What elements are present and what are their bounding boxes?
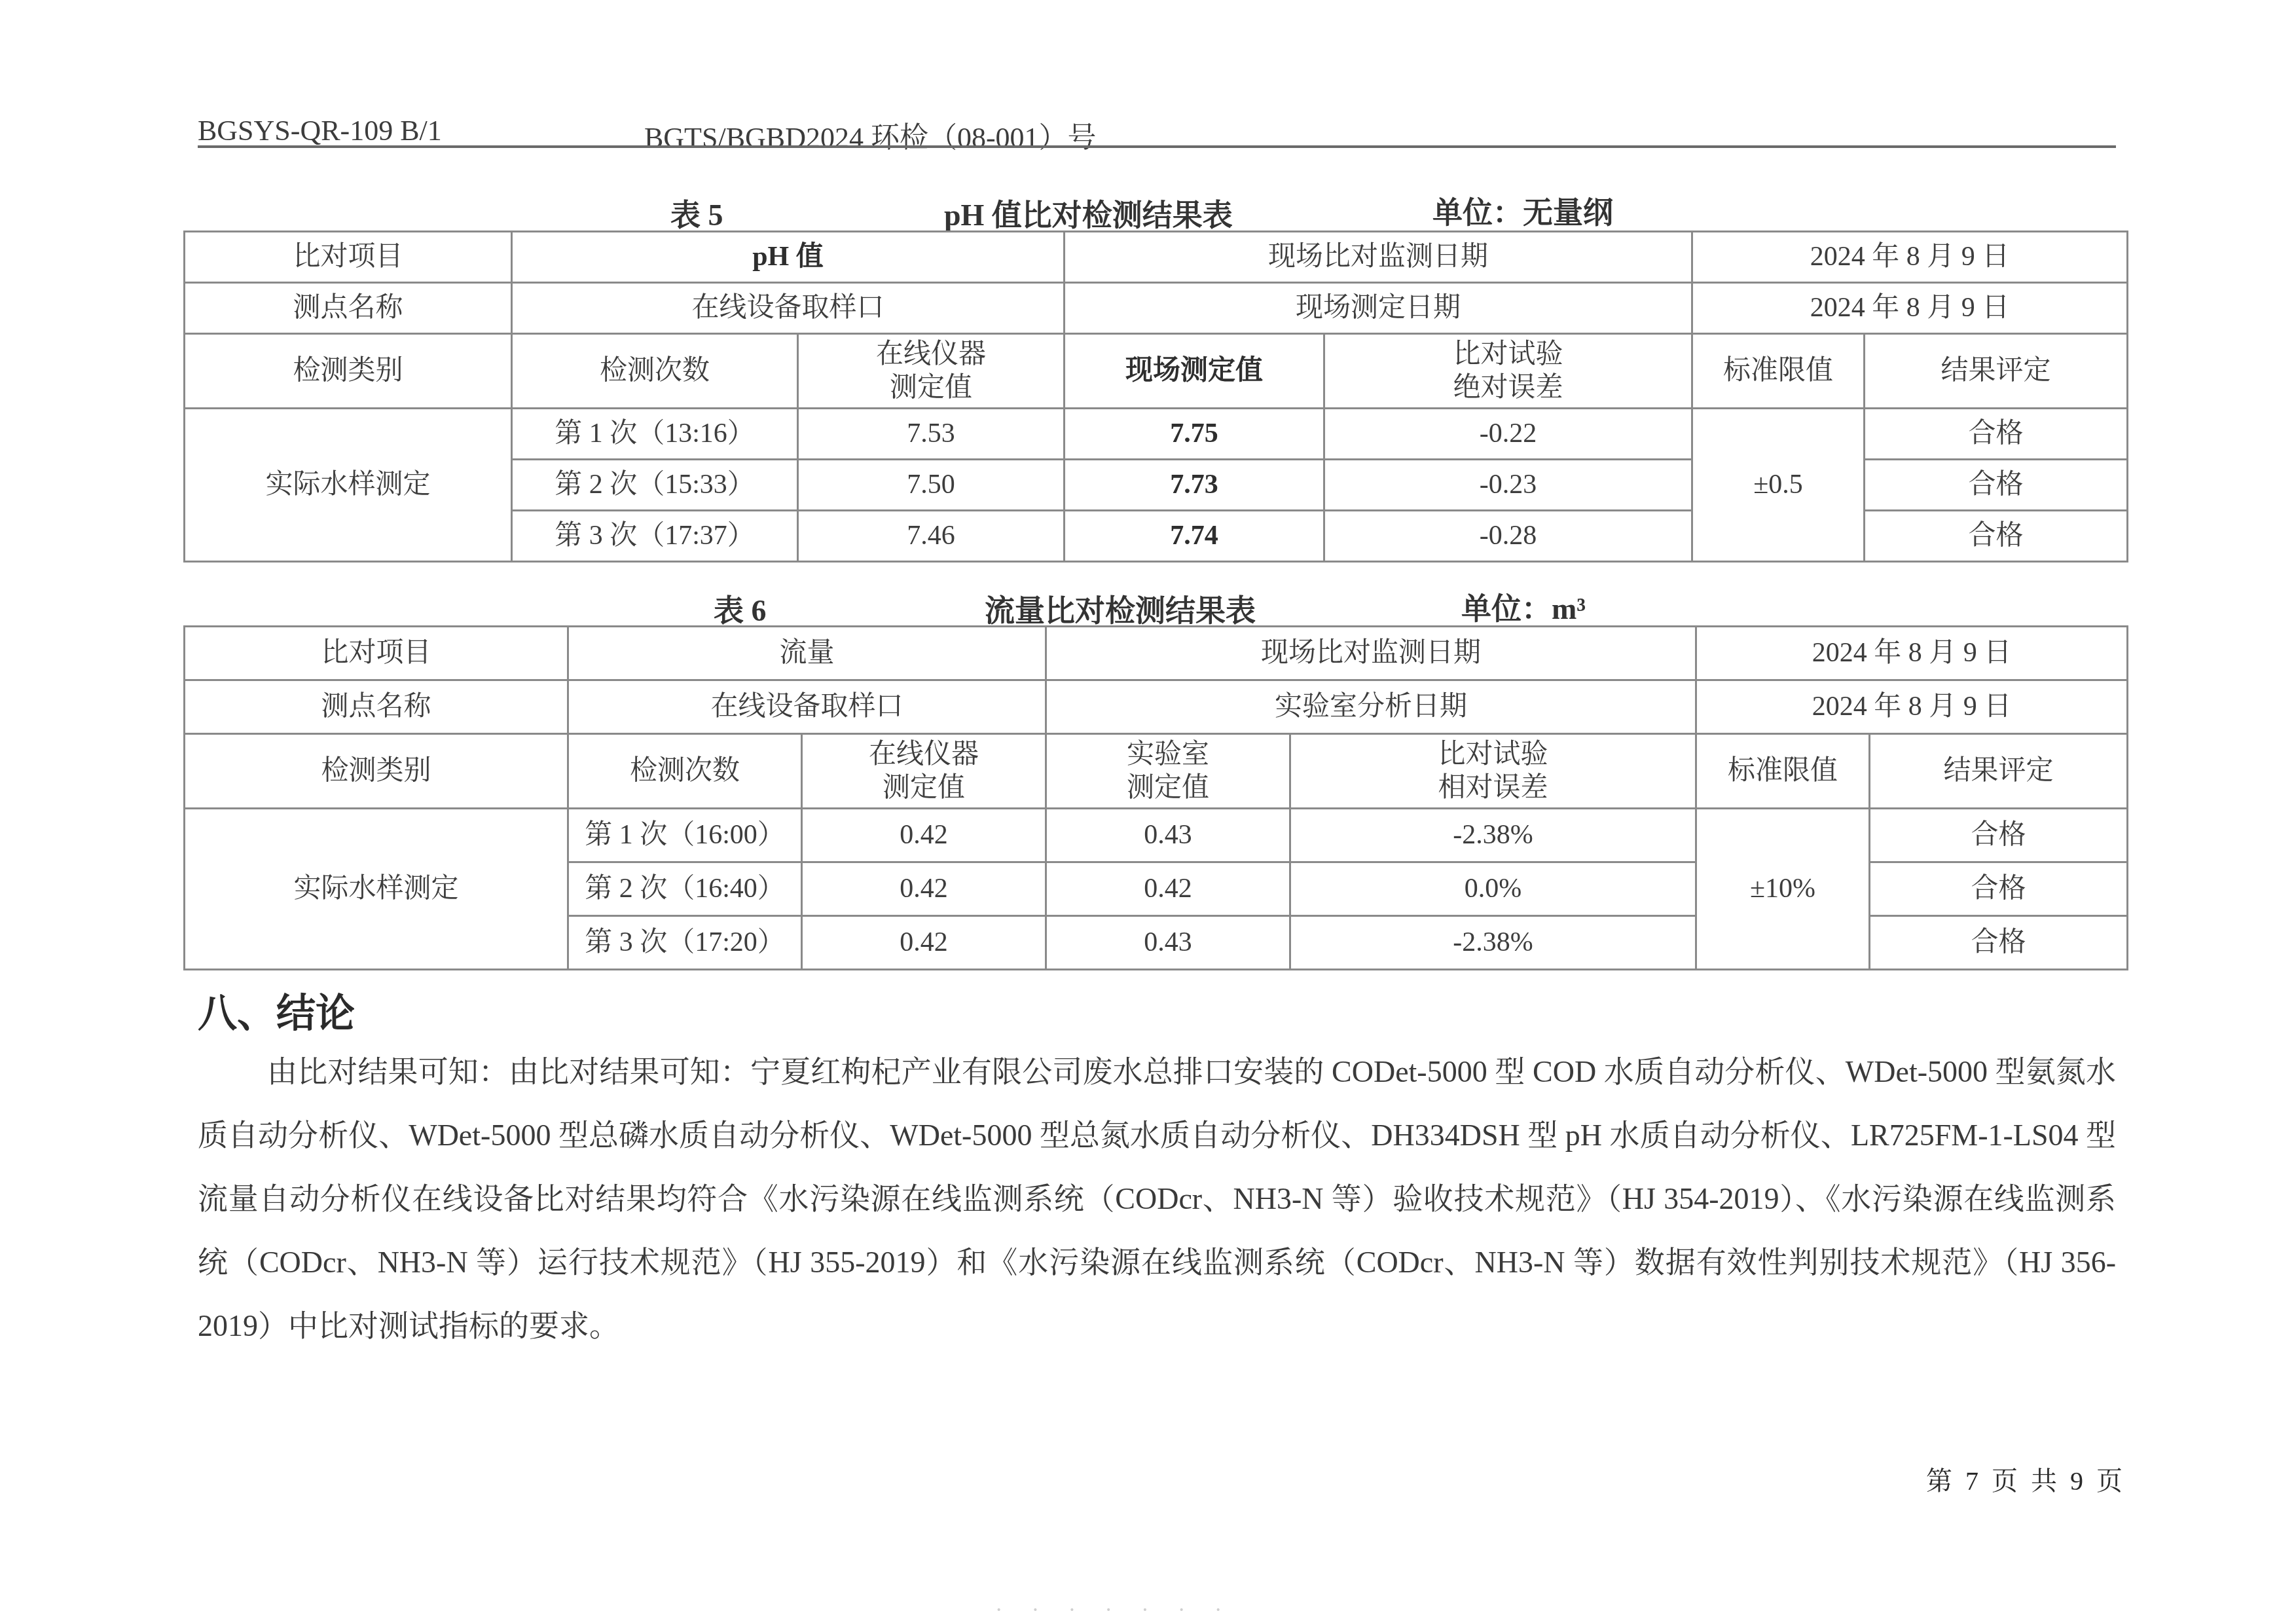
header-line: 测定值 — [799, 371, 1063, 404]
reference-value-cell: 0.43 — [1046, 916, 1290, 970]
header-line: 在线仪器 — [803, 738, 1045, 771]
value-cell: 2024 年 8 月 9 日 — [1696, 680, 2128, 734]
column-header: 结果评定 — [1865, 334, 2128, 409]
column-header: 检测类别 — [185, 734, 568, 809]
result-cell: 合格 — [1870, 809, 2128, 862]
label-cell: 现场比对监测日期 — [1065, 232, 1692, 283]
table6-row-item: 比对项目 流量 现场比对监测日期 2024 年 8 月 9 日 — [185, 627, 2128, 680]
column-header: 比对试验相对误差 — [1290, 734, 1696, 809]
category-cell: 实际水样测定 — [185, 409, 512, 562]
count-cell: 第 2 次（15:33） — [512, 460, 798, 511]
column-header: 标准限值 — [1692, 334, 1865, 409]
reference-value-cell: 7.75 — [1065, 409, 1324, 460]
online-value-cell: 7.46 — [798, 511, 1065, 562]
table5-title: pH 值比对检测结果表 — [944, 191, 1233, 234]
table5-unit: 单位：无量纲 — [1432, 189, 1613, 232]
column-header: 标准限值 — [1696, 734, 1870, 809]
column-header: 在线仪器测定值 — [798, 334, 1065, 409]
reference-value-cell: 7.74 — [1065, 511, 1324, 562]
online-value-cell: 0.42 — [802, 916, 1046, 970]
header-divider — [198, 145, 2116, 148]
header-line: 比对试验 — [1325, 338, 1691, 371]
reference-value-cell: 0.42 — [1046, 862, 1290, 916]
result-cell: 合格 — [1865, 511, 2128, 562]
column-header: 比对试验绝对误差 — [1324, 334, 1692, 409]
label-cell: 测点名称 — [185, 680, 568, 734]
result-cell: 合格 — [1865, 460, 2128, 511]
online-value-cell: 7.50 — [798, 460, 1065, 511]
error-cell: -0.23 — [1324, 460, 1692, 511]
table6-number: 表 6 — [714, 587, 767, 630]
column-header: 现场测定值 — [1065, 334, 1324, 409]
header-line: 测定值 — [1047, 771, 1289, 804]
header-line: 在线仪器 — [799, 338, 1063, 371]
conclusion-paragraph: 由比对结果可知：由比对结果可知：宁夏红枸杞产业有限公司废水总排口安装的 CODe… — [198, 1040, 2116, 1357]
limit-cell: ±0.5 — [1692, 409, 1865, 562]
online-value-cell: 0.42 — [802, 862, 1046, 916]
value-cell: 2024 年 8 月 9 日 — [1696, 627, 2128, 680]
error-cell: -2.38% — [1290, 916, 1696, 970]
header-line: 相对误差 — [1291, 771, 1695, 804]
table5-row-site: 测点名称 在线设备取样口 现场测定日期 2024 年 8 月 9 日 — [185, 283, 2128, 334]
value-cell: 在线设备取样口 — [568, 680, 1046, 734]
header-line: 绝对误差 — [1325, 371, 1691, 404]
table5-row-item: 比对项目 pH 值 现场比对监测日期 2024 年 8 月 9 日 — [185, 232, 2128, 283]
error-cell: -2.38% — [1290, 809, 1696, 862]
label-cell: 实验室分析日期 — [1046, 680, 1696, 734]
result-cell: 合格 — [1865, 409, 2128, 460]
count-cell: 第 1 次（16:00） — [568, 809, 802, 862]
category-cell: 实际水样测定 — [185, 809, 568, 970]
online-value-cell: 7.53 — [798, 409, 1065, 460]
label-cell: 测点名称 — [185, 283, 512, 334]
value-cell: pH 值 — [512, 232, 1065, 283]
error-cell: 0.0% — [1290, 862, 1696, 916]
reference-value-cell: 0.43 — [1046, 809, 1290, 862]
column-header: 在线仪器测定值 — [802, 734, 1046, 809]
flow-comparison-table: 比对项目 流量 现场比对监测日期 2024 年 8 月 9 日 测点名称 在线设… — [183, 625, 2128, 970]
online-value-cell: 0.42 — [802, 809, 1046, 862]
count-cell: 第 3 次（17:20） — [568, 916, 802, 970]
header-line: 测定值 — [803, 771, 1045, 804]
report-number: BGTS/BGBD2024 环检（08-001）号 — [644, 114, 1097, 156]
label-cell: 现场测定日期 — [1065, 283, 1692, 334]
error-cell: -0.28 — [1324, 511, 1692, 562]
label-cell: 现场比对监测日期 — [1046, 627, 1696, 680]
header-line: 实验室 — [1047, 738, 1289, 771]
column-header: 检测次数 — [568, 734, 802, 809]
table5-column-headers: 检测类别 检测次数 在线仪器测定值 现场测定值 比对试验绝对误差 标准限值 结果… — [185, 334, 2128, 409]
bleed-through-mark: · · · · · · · — [995, 1598, 1233, 1623]
result-cell: 合格 — [1870, 862, 2128, 916]
value-cell: 流量 — [568, 627, 1046, 680]
count-cell: 第 2 次（16:40） — [568, 862, 802, 916]
error-cell: -0.22 — [1324, 409, 1692, 460]
column-header: 实验室测定值 — [1046, 734, 1290, 809]
value-cell: 在线设备取样口 — [512, 283, 1065, 334]
label-cell: 比对项目 — [185, 627, 568, 680]
column-header: 结果评定 — [1870, 734, 2128, 809]
table-row: 实际水样测定 第 1 次（16:00） 0.42 0.43 -2.38% ±10… — [185, 809, 2128, 862]
table5-number: 表 5 — [670, 191, 723, 234]
reference-value-cell: 7.73 — [1065, 460, 1324, 511]
form-code: BGSYS-QR-109 B/1 — [198, 114, 442, 147]
count-cell: 第 3 次（17:37） — [512, 511, 798, 562]
page-number: 第 7 页 共 9 页 — [1926, 1460, 2123, 1498]
count-cell: 第 1 次（13:16） — [512, 409, 798, 460]
ph-comparison-table: 比对项目 pH 值 现场比对监测日期 2024 年 8 月 9 日 测点名称 在… — [183, 231, 2128, 563]
conclusion-heading: 八、结论 — [198, 982, 355, 1039]
result-cell: 合格 — [1870, 916, 2128, 970]
page-header: BGSYS-QR-109 B/1 BGTS/BGBD2024 环检（08-001… — [198, 113, 2116, 149]
header-line: 比对试验 — [1291, 738, 1695, 771]
table6-row-site: 测点名称 在线设备取样口 实验室分析日期 2024 年 8 月 9 日 — [185, 680, 2128, 734]
label-cell: 比对项目 — [185, 232, 512, 283]
column-header: 检测类别 — [185, 334, 512, 409]
table6-title: 流量比对检测结果表 — [985, 587, 1256, 630]
column-header: 检测次数 — [512, 334, 798, 409]
table6-column-headers: 检测类别 检测次数 在线仪器测定值 实验室测定值 比对试验相对误差 标准限值 结… — [185, 734, 2128, 809]
table-row: 实际水样测定 第 1 次（13:16） 7.53 7.75 -0.22 ±0.5… — [185, 409, 2128, 460]
table6-unit: 单位：m³ — [1461, 585, 1586, 628]
value-cell: 2024 年 8 月 9 日 — [1692, 232, 2128, 283]
limit-cell: ±10% — [1696, 809, 1870, 970]
value-cell: 2024 年 8 月 9 日 — [1692, 283, 2128, 334]
